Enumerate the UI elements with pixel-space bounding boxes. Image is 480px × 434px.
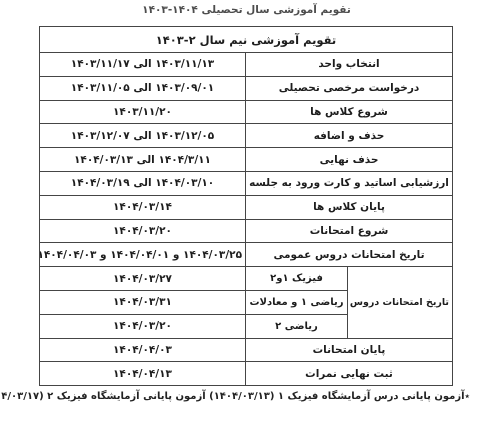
row-date: ۱۴۰۴/۰۴/۰۳ (39, 338, 245, 362)
sub-label-math1-equations: ریاضی ۱ و معادلات (246, 290, 348, 314)
row-date: ۱۴۰۴/۰۴/۱۳ (39, 362, 245, 386)
row-label-evaluation-entry-card: ارزشیابی اساتید و کارت ورود به جلسه (246, 171, 453, 195)
row-date: ۱۴۰۴/۰۳/۱۴ (39, 195, 245, 219)
row-label-add-drop: حذف و اضافه (246, 124, 453, 148)
footnote: ٭آزمون پایانی درس آزمایشگاه فیزیک ۱ (۱۴۰… (10, 391, 470, 402)
row-date: ۱۴۰۴/۰۳/۱۰ الی ۱۴۰۴/۰۳/۱۹ (39, 171, 245, 195)
row-date: ۱۴۰۴/۰۳/۳۱ (39, 290, 245, 314)
row-date: ۱۴۰۴/۰۳/۲۷ (39, 267, 245, 291)
academic-calendar-page: تقویم آموزشی سال تحصیلی ۱۴۰۴-۱۴۰۳ تقویم … (0, 0, 480, 434)
row-label-final-grades: ثبت نهایی نمرات (246, 362, 453, 386)
row-date: ۱۴۰۳/۰۹/۰۱ الی ۱۴۰۳/۱۱/۰۵ (39, 76, 245, 100)
table-row: پایان کلاس ها ۱۴۰۴/۰۳/۱۴ (39, 195, 452, 219)
row-label-exams-end: پایان امتحانات (246, 338, 453, 362)
table-row: تاریخ امتحانات دروس عمومی ۱۴۰۴/۰۳/۲۵ و ۱… (39, 243, 452, 267)
row-date: ۱۴۰۴/۰۳/۲۵ و ۱۴۰۴/۰۴/۰۱ و ۱۴۰۴/۰۴/۰۳ (39, 243, 245, 267)
row-label-leave-request: درخواست مرخصی تحصیلی (246, 76, 453, 100)
table-row-basic-exams: تاریخ امتحانات دروس پایه فیزیک ۱و۲ ۱۴۰۴/… (39, 267, 452, 291)
sub-label-math2: ریاضی ۲ (246, 314, 348, 338)
row-label-classes-end: پایان کلاس ها (246, 195, 453, 219)
row-label-exams-start: شروع امتحانات (246, 219, 453, 243)
table-row: ثبت نهایی نمرات ۱۴۰۴/۰۴/۱۳ (39, 362, 452, 386)
table-row: شروع کلاس ها ۱۴۰۳/۱۱/۲۰ (39, 100, 452, 124)
table-row: حذف نهایی ۱۴۰۴/۳/۱۱ الی ۱۴۰۴/۰۳/۱۳ (39, 148, 452, 172)
row-date: ۱۴۰۳/۱۱/۱۳ الی ۱۴۰۳/۱۱/۱۷ (39, 53, 245, 77)
row-date: ۱۴۰۴/۰۳/۲۰ (39, 314, 245, 338)
row-date: ۱۴۰۳/۱۱/۲۰ (39, 100, 245, 124)
table-row: درخواست مرخصی تحصیلی ۱۴۰۳/۰۹/۰۱ الی ۱۴۰۳… (39, 76, 452, 100)
calendar-table: تقویم آموزشی نیم سال ۲-۱۴۰۳ انتخاب واحد … (39, 26, 453, 386)
table-header-row: تقویم آموزشی نیم سال ۲-۱۴۰۳ (39, 27, 452, 53)
table-row: حذف و اضافه ۱۴۰۳/۱۲/۰۵ الی ۱۴۰۳/۱۲/۰۷ (39, 124, 452, 148)
row-label-classes-start: شروع کلاس ها (246, 100, 453, 124)
table-title: تقویم آموزشی نیم سال ۲-۱۴۰۳ (39, 27, 452, 53)
row-label-general-course-exams: تاریخ امتحانات دروس عمومی (246, 243, 453, 267)
table-row: پایان امتحانات ۱۴۰۴/۰۴/۰۳ (39, 338, 452, 362)
document-title: تقویم آموزشی سال تحصیلی ۱۴۰۴-۱۴۰۳ (40, 4, 453, 16)
row-date: ۱۴۰۴/۰۳/۲۰ (39, 219, 245, 243)
row-date: ۱۴۰۴/۳/۱۱ الی ۱۴۰۴/۰۳/۱۳ (39, 148, 245, 172)
row-label-course-selection: انتخاب واحد (246, 53, 453, 77)
row-date: ۱۴۰۳/۱۲/۰۵ الی ۱۴۰۳/۱۲/۰۷ (39, 124, 245, 148)
sub-label-physics-1-2: فیزیک ۱و۲ (246, 267, 348, 291)
group-label-basic-course-exams: تاریخ امتحانات دروس پایه (348, 267, 453, 338)
row-label-final-drop: حذف نهایی (246, 148, 453, 172)
table-row: انتخاب واحد ۱۴۰۳/۱۱/۱۳ الی ۱۴۰۳/۱۱/۱۷ (39, 53, 452, 77)
table-row: ارزشیابی اساتید و کارت ورود به جلسه ۱۴۰۴… (39, 171, 452, 195)
table-row: شروع امتحانات ۱۴۰۴/۰۳/۲۰ (39, 219, 452, 243)
